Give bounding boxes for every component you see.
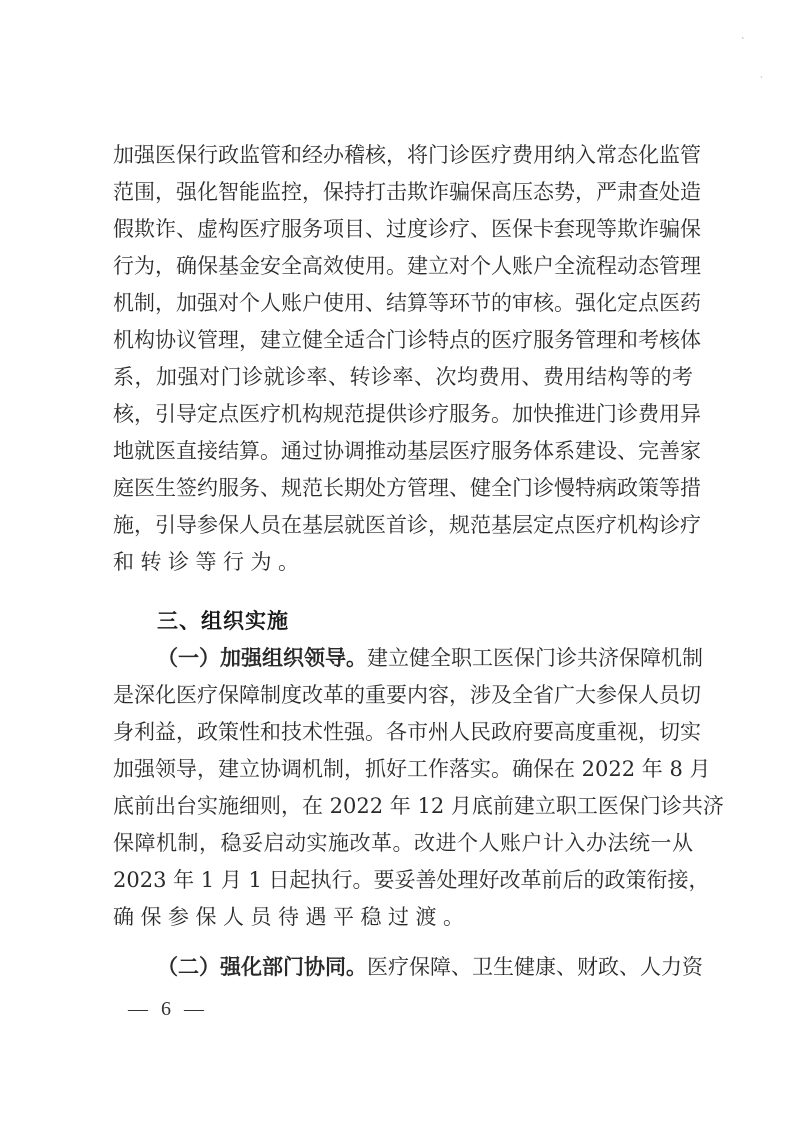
- body-line: 加强医保行政监管和经办稽核，将门诊医疗费用纳入常态化监管: [113, 141, 693, 169]
- scan-mark: ˏ: [760, 68, 763, 79]
- scan-mark: ˋ: [741, 38, 746, 48]
- subsection-text: 医疗保障、卫生健康、财政、人力资: [367, 955, 703, 979]
- body-line: 底前出台实施细则，在 2022 年 12 月底前建立职工医保门诊共济: [113, 792, 693, 820]
- body-line: 身利益，政策性和技术性强。各市州人民政府要高度重视，切实: [113, 718, 693, 746]
- subsection-title: （二）强化部门协同。: [157, 954, 367, 979]
- page-number: — 6 —: [128, 998, 208, 1021]
- body-line: 施，引导参保人员在基层就医首诊，规范基层定点医疗机构诊疗: [113, 511, 693, 539]
- body-line: 2023 年 1 月 1 日起执行。要妥善处理好改革前后的政策衔接，: [113, 866, 693, 894]
- body-line: 范围，强化智能监控，保持打击欺诈骗保高压态势，严肃查处造: [113, 178, 693, 206]
- body-line: 是深化医疗保障制度改革的重要内容，涉及全省广大参保人员切: [113, 681, 693, 709]
- body-line: 系，加强对门诊就诊率、转诊率、次均费用、费用结构等的考: [113, 363, 693, 391]
- subsection-title: （一）加强组织领导。: [157, 645, 367, 670]
- subsection-first-line: （二）强化部门协同。医疗保障、卫生健康、财政、人力资: [157, 953, 693, 981]
- body-line: 机制，加强对个人账户使用、结算等环节的审核。强化定点医药: [113, 289, 693, 317]
- body-line: 机构协议管理，建立健全适合门诊特点的医疗服务管理和考核体: [113, 326, 693, 354]
- body-line: 确保参保人员待遇平稳过渡。: [113, 903, 693, 931]
- subsection-text: 建立健全职工医保门诊共济保障机制: [367, 646, 703, 670]
- body-line: 行为，确保基金安全高效使用。建立对个人账户全流程动态管理: [113, 252, 693, 280]
- body-line: 地就医直接结算。通过协调推动基层医疗服务体系建设、完善家: [113, 437, 693, 465]
- body-line: 庭医生签约服务、规范长期处方管理、健全门诊慢特病政策等措: [113, 474, 693, 502]
- body-line: 加强领导，建立协调机制，抓好工作落实。确保在 2022 年 8 月: [113, 755, 693, 783]
- body-line: 保障机制，稳妥启动实施改革。改进个人账户计入办法统一从: [113, 829, 693, 857]
- body-line: 假欺诈、虚构医疗服务项目、过度诊疗、医保卡套现等欺诈骗保: [113, 215, 693, 243]
- body-line: 核，引导定点医疗机构规范提供诊疗服务。加快推进门诊费用异: [113, 400, 693, 428]
- body-line: 和转诊等行为。: [113, 548, 693, 576]
- section-heading: 三、组织实施: [157, 607, 289, 635]
- document-page: ˋ ˏ 加强医保行政监管和经办稽核，将门诊医疗费用纳入常态化监管 范围，强化智能…: [0, 0, 797, 1122]
- subsection-first-line: （一）加强组织领导。建立健全职工医保门诊共济保障机制: [157, 644, 693, 672]
